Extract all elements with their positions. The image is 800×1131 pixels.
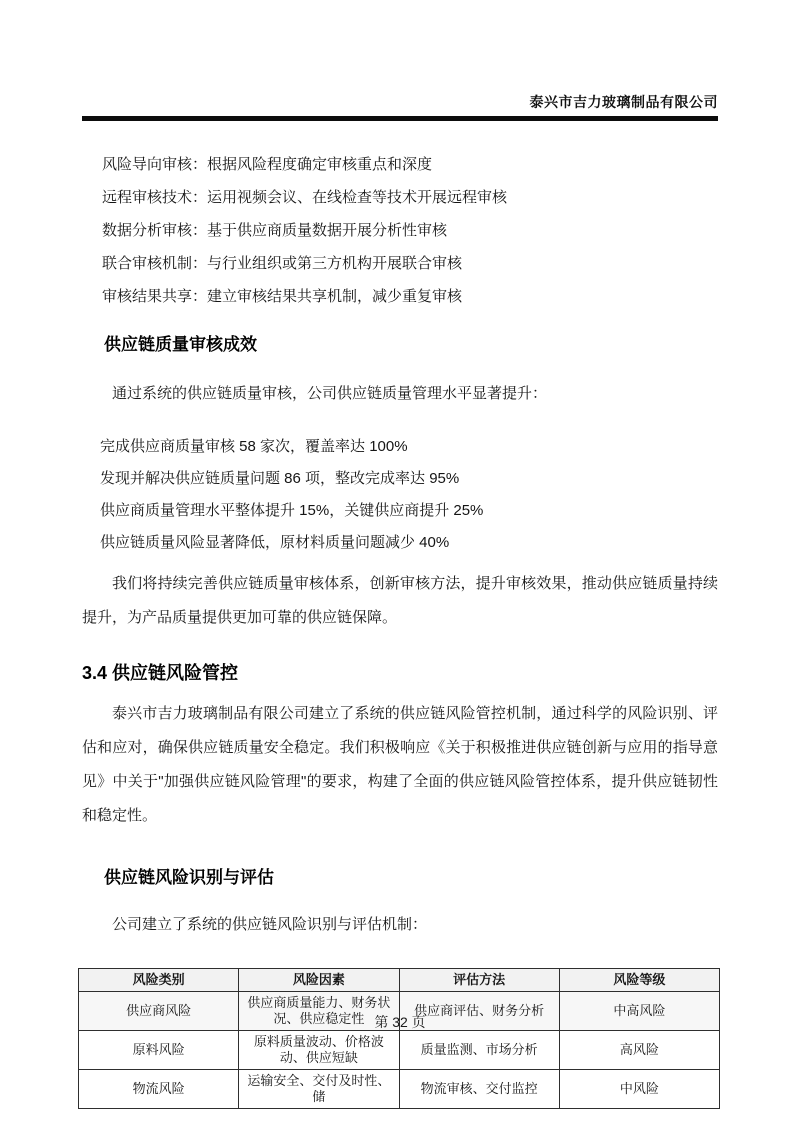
page-number: 第 32 页 [374, 1014, 425, 1030]
risk-table-header-row: 风险类别 风险因素 评估方法 风险等级 [79, 969, 720, 992]
audit-method-list: 风险导向审核：根据风险程度确定审核重点和深度 远程审核技术：运用视频会议、在线检… [82, 157, 718, 304]
risk-table-body: 供应商风险 供应商质量能力、财务状况、供应稳定性 供应商评估、财务分析 中高风险… [79, 992, 720, 1109]
cell-risk-factor: 运输安全、交付及时性、储 [239, 1070, 399, 1109]
table-row: 物流风险 运输安全、交付及时性、储 物流审核、交付监控 中风险 [79, 1070, 720, 1109]
audit-method-item: 数据分析审核：基于供应商质量数据开展分析性审核 [102, 223, 718, 238]
col-header-risk-level: 风险等级 [559, 969, 719, 992]
risk-table-head: 风险类别 风险因素 评估方法 风险等级 [79, 969, 720, 992]
heading-audit-results: 供应链质量审核成效 [104, 330, 718, 355]
document-body: 风险导向审核：根据风险程度确定审核重点和深度 远程审核技术：运用视频会议、在线检… [82, 121, 718, 1109]
col-header-risk-category: 风险类别 [79, 969, 239, 992]
audit-method-item: 联合审核机制：与行业组织或第三方机构开展联合审核 [102, 256, 718, 271]
header-company-name: 泰兴市吉力玻璃制品有限公司 [82, 92, 718, 112]
audit-results-closing: 我们将持续完善供应链质量审核体系，创新审核方法，提升审核效果，推动供应链质量持续… [82, 567, 718, 635]
risk-table-intro: 公司建立了系统的供应链风险识别与评估机制： [82, 908, 718, 942]
audit-method-item: 审核结果共享：建立审核结果共享机制，减少重复审核 [102, 289, 718, 304]
audit-method-item: 远程审核技术：运用视频会议、在线检查等技术开展远程审核 [102, 190, 718, 205]
audit-results-intro: 通过系统的供应链质量审核，公司供应链质量管理水平显著提升： [82, 377, 718, 411]
audit-stat-item: 发现并解决供应链质量问题 86 项，整改完成率达 95% [100, 471, 718, 486]
cell-risk-level: 中风险 [559, 1070, 719, 1109]
audit-stats-list: 完成供应商质量审核 58 家次，覆盖率达 100% 发现并解决供应链质量问题 8… [82, 439, 718, 550]
document-header: 泰兴市吉力玻璃制品有限公司 [82, 0, 718, 121]
risk-assessment-table: 风险类别 风险因素 评估方法 风险等级 供应商风险 供应商质量能力、财务状况、供… [78, 968, 720, 1109]
document-footer: 第 32 页 [0, 1012, 800, 1032]
audit-stat-item: 完成供应商质量审核 58 家次，覆盖率达 100% [100, 439, 718, 454]
document-page: 泰兴市吉力玻璃制品有限公司 风险导向审核：根据风险程度确定审核重点和深度 远程审… [0, 0, 800, 1131]
cell-risk-level: 高风险 [559, 1031, 719, 1070]
col-header-risk-factor: 风险因素 [239, 969, 399, 992]
heading-section-3-4: 3.4 供应链风险管控 [82, 659, 718, 685]
cell-risk-factor: 原料质量波动、价格波动、供应短缺 [239, 1031, 399, 1070]
table-row: 原料风险 原料质量波动、价格波动、供应短缺 质量监测、市场分析 高风险 [79, 1031, 720, 1070]
col-header-assessment-method: 评估方法 [399, 969, 559, 992]
audit-stat-item: 供应商质量管理水平整体提升 15%，关键供应商提升 25% [100, 503, 718, 518]
audit-method-item: 风险导向审核：根据风险程度确定审核重点和深度 [102, 157, 718, 172]
audit-stat-item: 供应链质量风险显著降低，原材料质量问题减少 40% [100, 535, 718, 550]
cell-assessment-method: 质量监测、市场分析 [399, 1031, 559, 1070]
cell-risk-category: 原料风险 [79, 1031, 239, 1070]
heading-risk-identification: 供应链风险识别与评估 [104, 863, 718, 888]
cell-assessment-method: 物流审核、交付监控 [399, 1070, 559, 1109]
risk-control-intro: 泰兴市吉力玻璃制品有限公司建立了系统的供应链风险管控机制，通过科学的风险识别、评… [82, 697, 718, 833]
cell-risk-category: 物流风险 [79, 1070, 239, 1109]
